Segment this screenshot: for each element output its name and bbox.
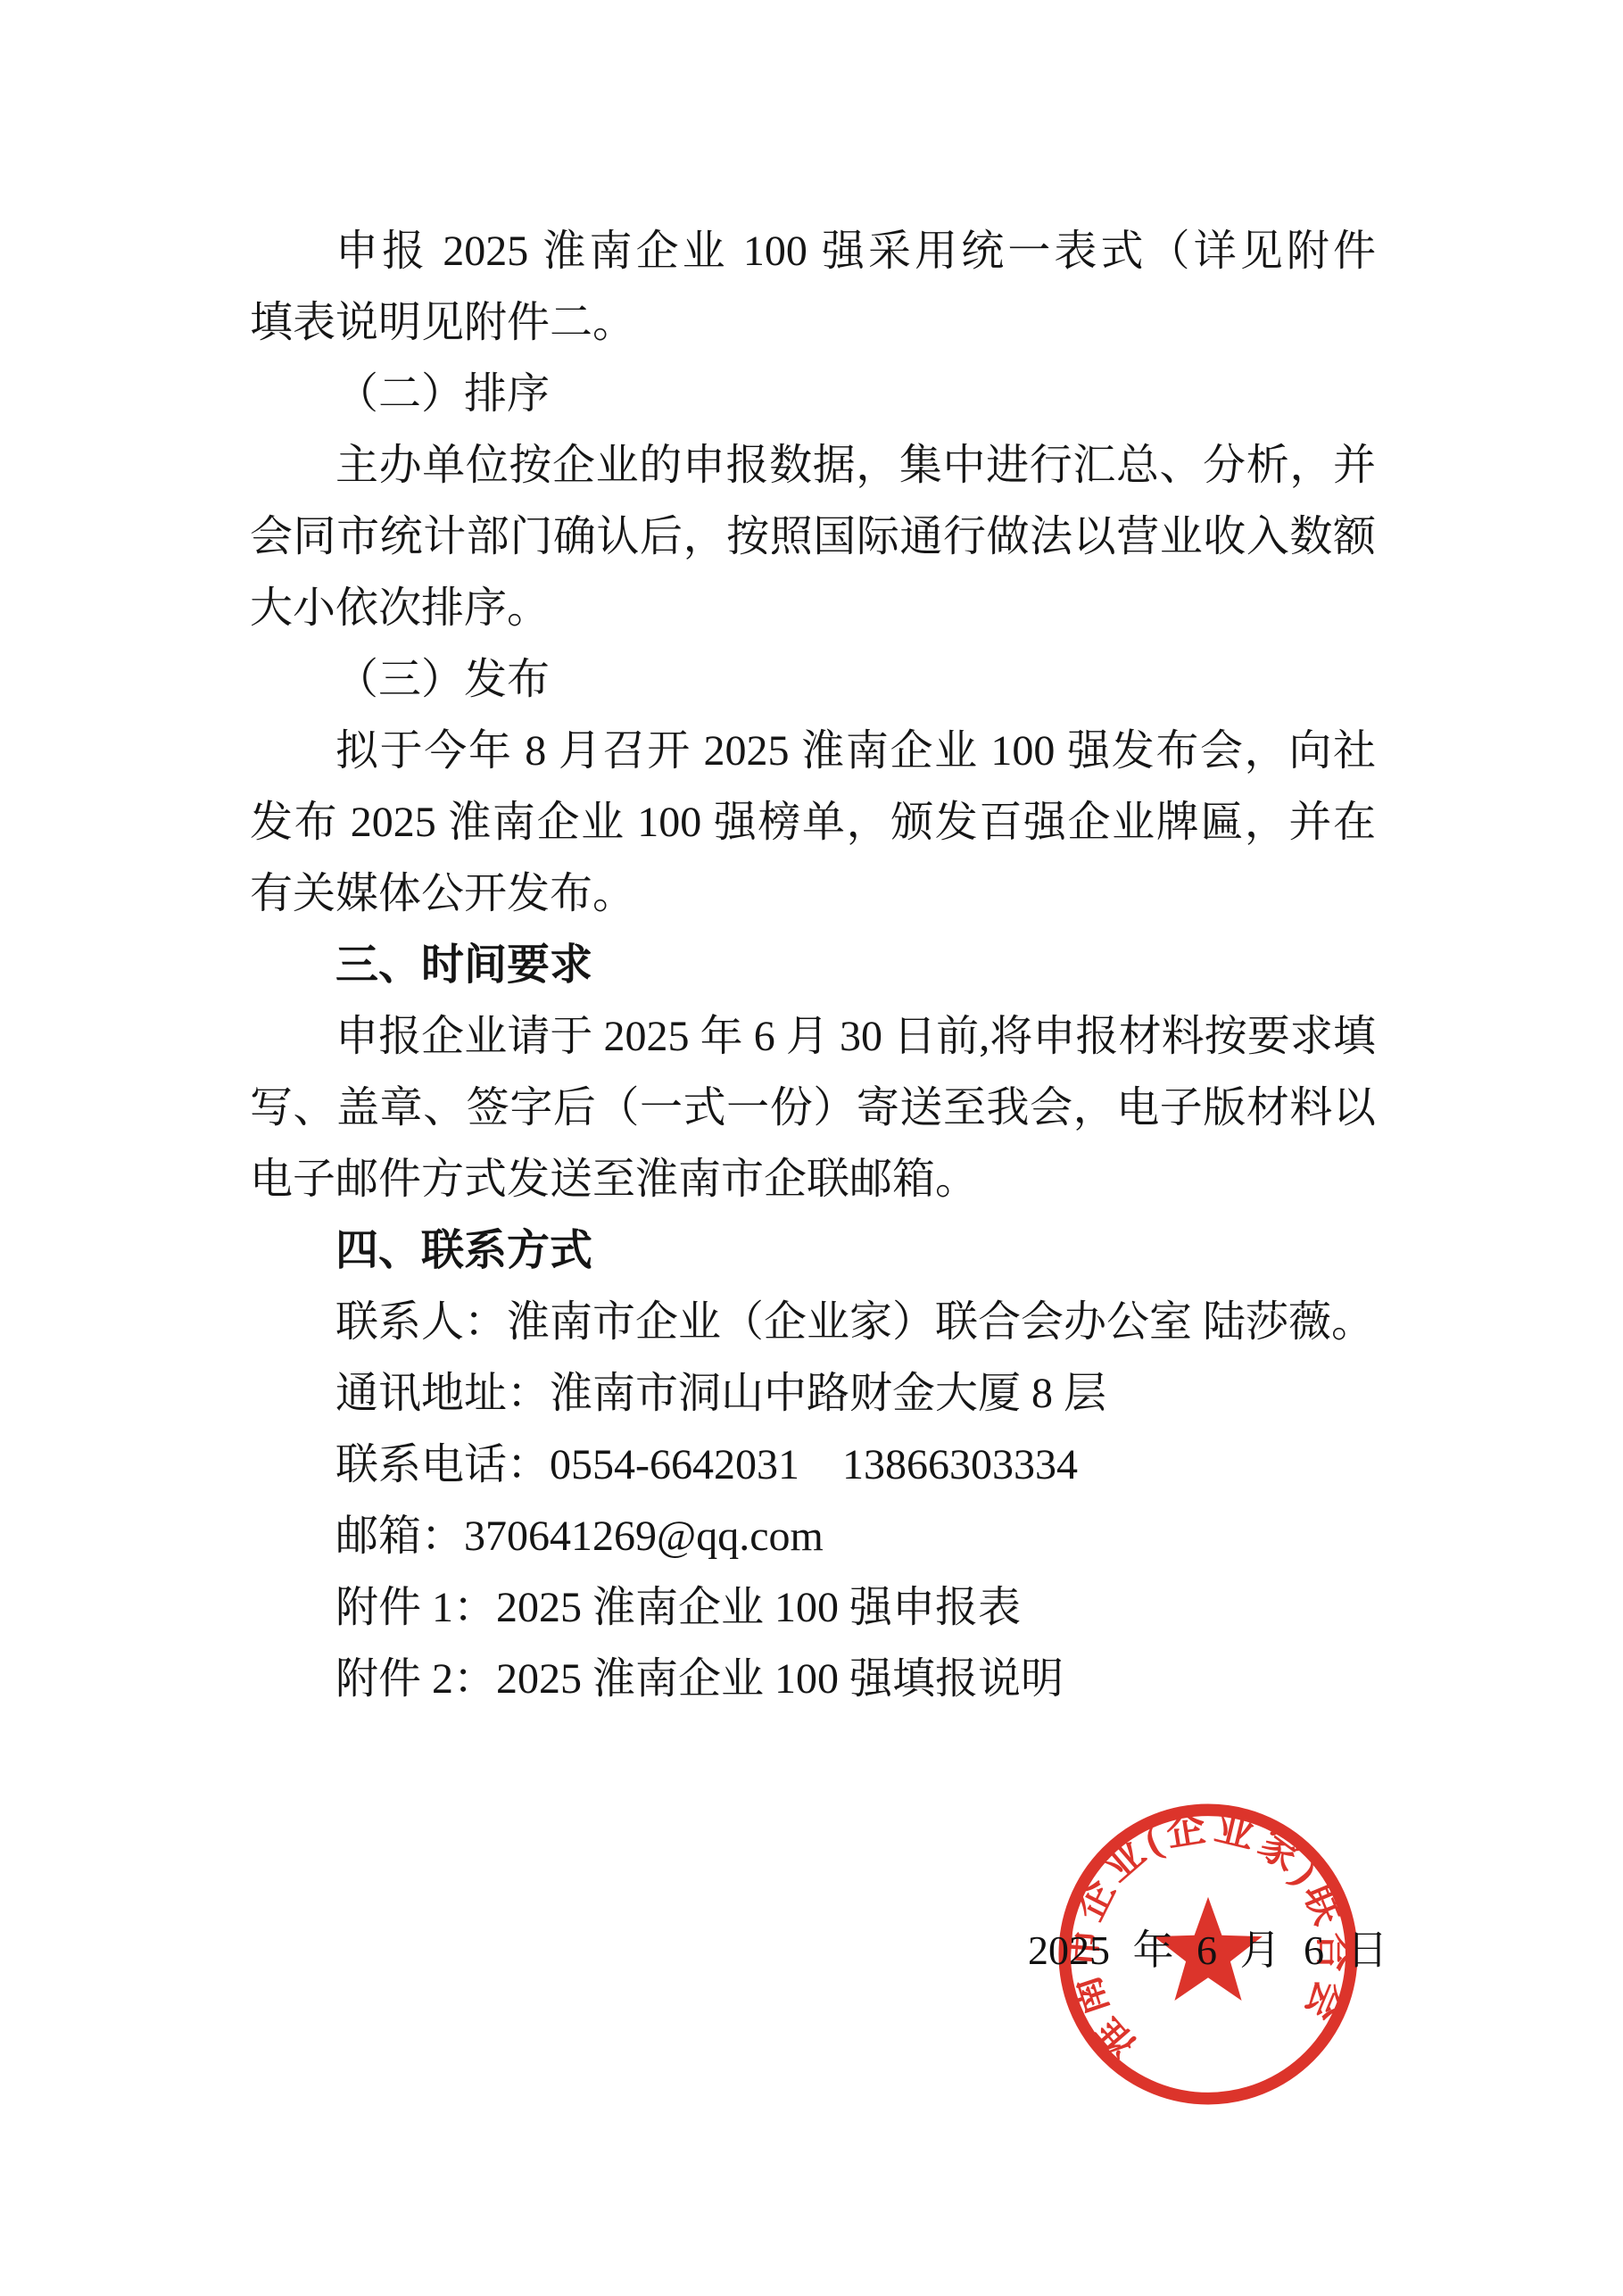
section-heading: 三、时间要求 (250, 930, 1376, 1001)
body-text-line: 填表说明见附件二。 (250, 287, 1376, 359)
body-text-line: 电子邮件方式发送至淮南市企联邮箱。 (250, 1144, 1376, 1215)
body-text-line: 申报 2025 淮南企业 100 强采用统一表式（详见附件一）， (250, 216, 1376, 287)
contact-email-line: 邮箱：370641269@qq.com (250, 1501, 1376, 1572)
body-text-line: 拟于今年 8 月召开 2025 淮南企业 100 强发布会，向社会 (250, 716, 1376, 787)
document-page: 申报 2025 淮南企业 100 强采用统一表式（详见附件一）， 填表说明见附件… (0, 0, 1623, 2296)
body-text-line: 有关媒体公开发布。 (250, 858, 1376, 930)
body-text-line: 会同市统计部门确认后，按照国际通行做法以营业收入数额 (250, 501, 1376, 573)
body-text-line: 主办单位按企业的申报数据，集中进行汇总、分析，并 (250, 430, 1376, 501)
attachment-line: 附件 1：2025 淮南企业 100 强申报表 (250, 1572, 1376, 1644)
issue-date: 2025 年 6 月 6 日 (1028, 1927, 1388, 1974)
subsection-heading: （三）发布 (250, 644, 1376, 716)
attachment-line: 附件 2：2025 淮南企业 100 强填报说明 (250, 1644, 1376, 1715)
body-text-line: 大小依次排序。 (250, 573, 1376, 644)
body-text-line: 发布 2025 淮南企业 100 强榜单，颁发百强企业牌匾，并在 (250, 787, 1376, 858)
contact-person-line: 联系人：淮南市企业（企业家）联合会办公室 陆莎薇。 (250, 1287, 1376, 1358)
body-text-line: 申报企业请于 2025 年 6 月 30 日前,将申报材料按要求填 (250, 1001, 1376, 1073)
subsection-heading: （二）排序 (250, 359, 1376, 430)
contact-address-line: 通讯地址：淮南市洞山中路财金大厦 8 层 (250, 1358, 1376, 1430)
contact-phone-line: 联系电话：0554-6642031 13866303334 (250, 1430, 1376, 1501)
body-text-line: 写、盖章、签字后（一式一份）寄送至我会，电子版材料以 (250, 1073, 1376, 1144)
document-body: 申报 2025 淮南企业 100 强采用统一表式（详见附件一）， 填表说明见附件… (250, 216, 1376, 1715)
section-heading: 四、联系方式 (250, 1215, 1376, 1287)
